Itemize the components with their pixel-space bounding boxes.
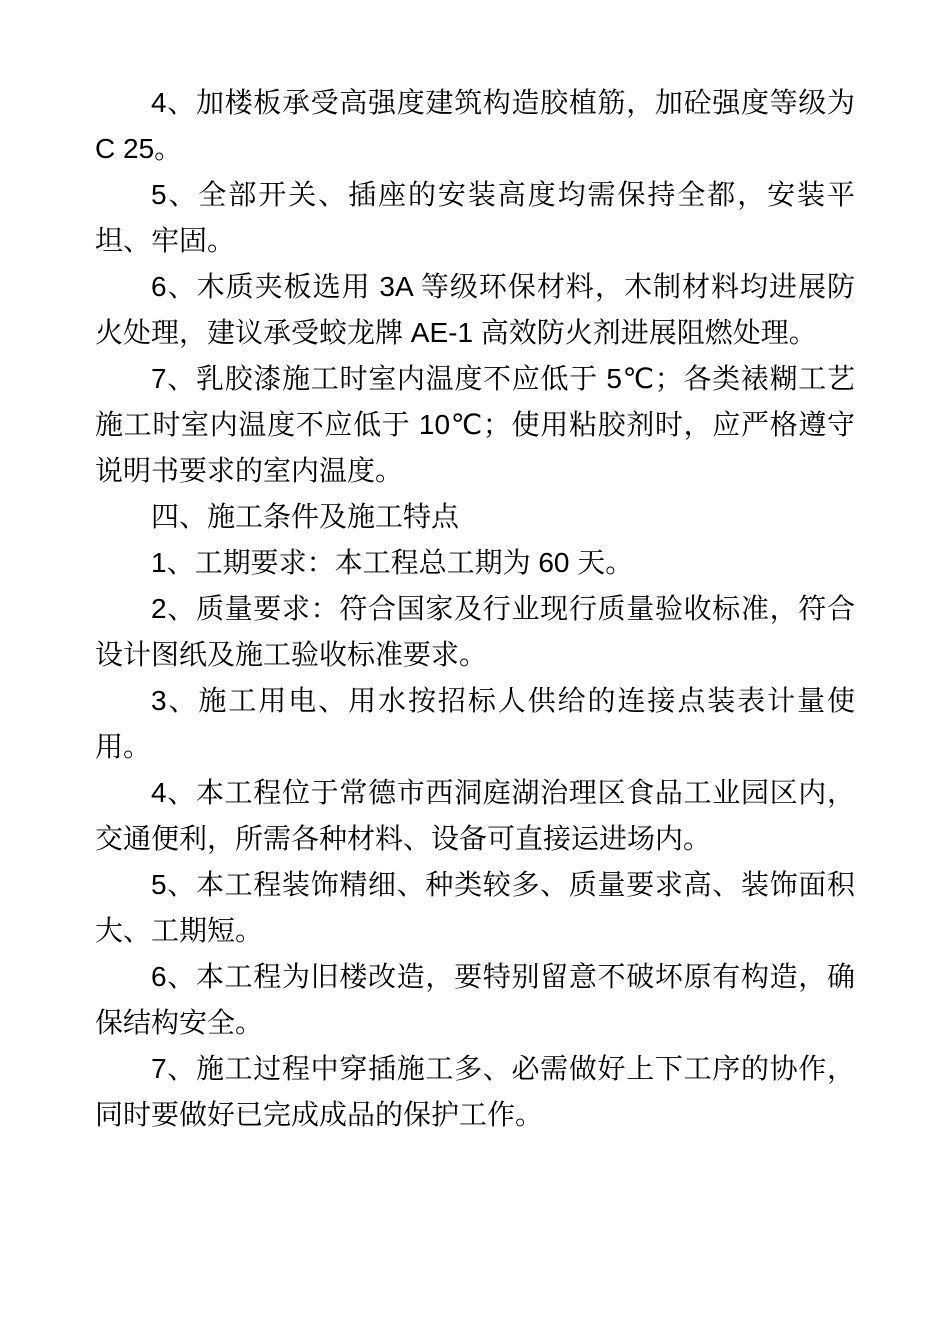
- paragraph: 1、工期要求：本工程总工期为 60 天。: [95, 540, 855, 586]
- document-page: 4、加楼板承受高强度建筑构造胶植筋，加砼强度等级为 C 25。5、全部开关、插座…: [0, 0, 950, 1344]
- paragraph: 6、木质夹板选用 3A 等级环保材料，木制材料均进展防火处理，建议承受蛟龙牌 A…: [95, 264, 855, 356]
- paragraph: 3、施工用电、用水按招标人供给的连接点装表计量使用。: [95, 678, 855, 770]
- document-body: 4、加楼板承受高强度建筑构造胶植筋，加砼强度等级为 C 25。5、全部开关、插座…: [95, 80, 855, 1138]
- section-heading: 四、施工条件及施工特点: [95, 494, 855, 540]
- paragraph: 6、本工程为旧楼改造，要特别留意不破坏原有构造，确保结构安全。: [95, 954, 855, 1046]
- paragraph: 7、施工过程中穿插施工多、必需做好上下工序的协作，同时要做好已完成成品的保护工作…: [95, 1046, 855, 1138]
- paragraph: 7、乳胶漆施工时室内温度不应低于 5℃；各类裱糊工艺施工时室内温度不应低于 10…: [95, 356, 855, 494]
- paragraph: 5、本工程装饰精细、种类较多、质量要求高、装饰面积大、工期短。: [95, 862, 855, 954]
- paragraph: 2、质量要求：符合国家及行业现行质量验收标准，符合设计图纸及施工验收标准要求。: [95, 586, 855, 678]
- paragraph: 5、全部开关、插座的安装高度均需保持全都，安装平坦、牢固。: [95, 172, 855, 264]
- paragraph: 4、本工程位于常德市西洞庭湖治理区食品工业园区内，交通便利，所需各种材料、设备可…: [95, 770, 855, 862]
- paragraph: 4、加楼板承受高强度建筑构造胶植筋，加砼强度等级为 C 25。: [95, 80, 855, 172]
